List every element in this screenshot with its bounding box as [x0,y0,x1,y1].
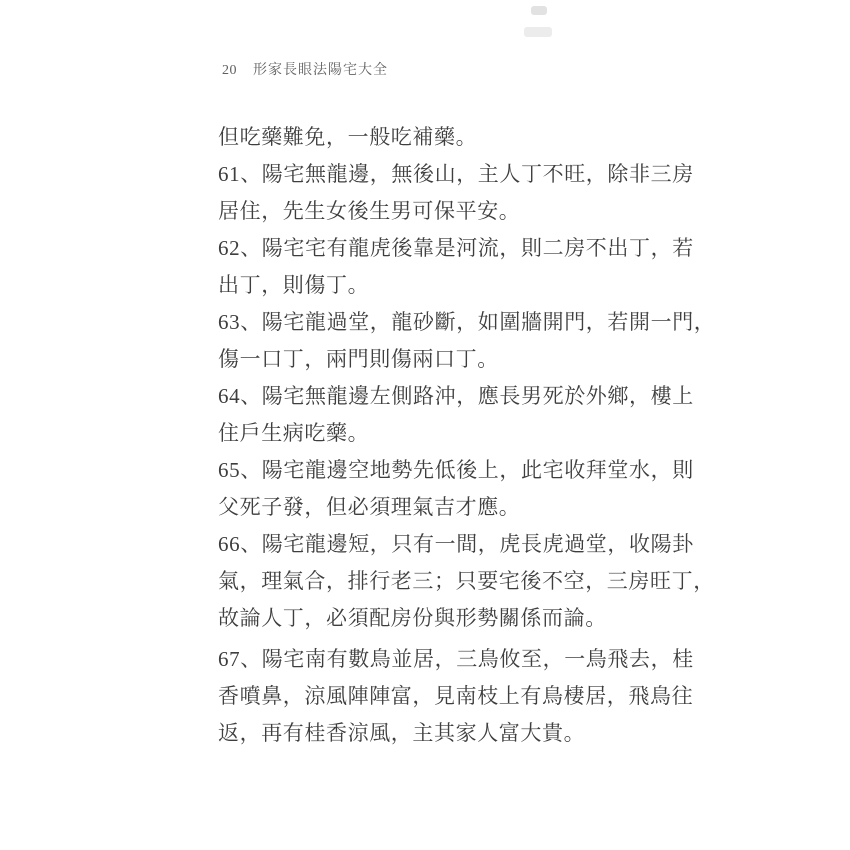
text-line: 居住，先生女後生男可保平安。 [218,193,658,230]
text-line: 67、陽宅南有數鳥並居，三鳥攸至，一鳥飛去，桂 [218,641,658,678]
text-line: 但吃藥難免，一般吃補藥。 [218,119,658,156]
paragraph: 65、陽宅龍邊空地勢先低後上，此宅收拜堂水，則 父死子發，但必須理氣吉才應。 [218,452,658,526]
text-line: 62、陽宅宅有龍虎後靠是河流，則二房不出丁，若 [218,230,658,267]
text-line: 61、陽宅無龍邊，無後山，主人丁不旺，除非三房 [218,156,658,193]
paragraph: 但吃藥難免，一般吃補藥。 [218,119,658,156]
text-line: 63、陽宅龍過堂，龍砂斷，如圍牆開門，若開一門， [218,304,658,341]
text-line: 64、陽宅無龍邊左側路沖，應長男死於外鄉，樓上 [218,378,658,415]
page-header: 20形家長眼法陽宅大全 [222,62,388,80]
scanned-book-page: 20形家長眼法陽宅大全 但吃藥難免，一般吃補藥。 61、陽宅無龍邊，無後山，主人… [0,0,850,850]
text-line: 65、陽宅龍邊空地勢先低後上，此宅收拜堂水，則 [218,452,658,489]
scan-smudge [531,6,547,15]
paragraph: 63、陽宅龍過堂，龍砂斷，如圍牆開門，若開一門， 傷一口丁，兩門則傷兩口丁。 [218,304,658,378]
scan-smudge [524,27,552,37]
text-line: 出丁，則傷丁。 [218,267,658,304]
text-line: 氣，理氣合，排行老三；只要宅後不空，三房旺丁， [218,563,658,600]
paragraph: 67、陽宅南有數鳥並居，三鳥攸至，一鳥飛去，桂 香噴鼻，涼風陣陣富，見南枝上有鳥… [218,641,658,752]
text-line: 傷一口丁，兩門則傷兩口丁。 [218,341,658,378]
text-line: 故論人丁，必須配房份與形勢關係而論。 [218,600,658,637]
text-line: 66、陽宅龍邊短，只有一間，虎長虎過堂，收陽卦 [218,526,658,563]
text-line: 父死子發，但必須理氣吉才應。 [218,489,658,526]
text-line: 香噴鼻，涼風陣陣富，見南枝上有鳥棲居，飛鳥往 [218,678,658,715]
text-line: 住戶生病吃藥。 [218,415,658,452]
page-number: 20 [222,63,237,78]
paragraph: 64、陽宅無龍邊左側路沖，應長男死於外鄉，樓上 住戶生病吃藥。 [218,378,658,452]
body-text: 但吃藥難免，一般吃補藥。 61、陽宅無龍邊，無後山，主人丁不旺，除非三房 居住，… [218,119,658,752]
paragraph: 66、陽宅龍邊短，只有一間，虎長虎過堂，收陽卦 氣，理氣合，排行老三；只要宅後不… [218,526,658,637]
text-line: 返，再有桂香涼風，主其家人富大貴。 [218,715,658,752]
book-title: 形家長眼法陽宅大全 [253,63,388,78]
paragraph: 62、陽宅宅有龍虎後靠是河流，則二房不出丁，若 出丁，則傷丁。 [218,230,658,304]
paragraph: 61、陽宅無龍邊，無後山，主人丁不旺，除非三房 居住，先生女後生男可保平安。 [218,156,658,230]
